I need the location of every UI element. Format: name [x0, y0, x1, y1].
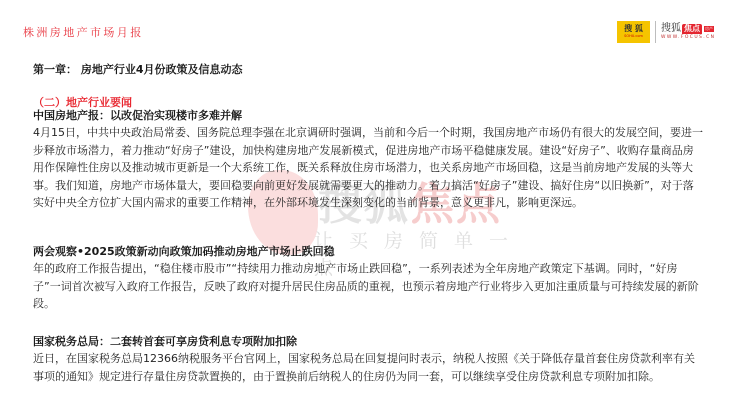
news-body: 4月15日，中共中央政治局常委、国务院总理李强在北京调研时强调，当前和今后一个时…: [33, 124, 703, 212]
report-page: 株洲房地产市场月报 搜 狐 SOHU.com 搜狐 焦点 房产 WWW.FOCU…: [0, 0, 740, 416]
chapter-heading: 第一章： 房地产行业4月份政策及信息动态: [33, 61, 242, 77]
news-title: 两会观察•2025政策新动向政策加码推动房地产市场止跌回稳: [33, 244, 703, 260]
focus-logo-sohu: 搜狐: [661, 24, 681, 34]
news-item: 两会观察•2025政策新动向政策加码推动房地产市场止跌回稳 年的政府工作报告提出…: [33, 244, 703, 313]
focus-logo-url: WWW.FOCUS.CN: [661, 36, 715, 41]
news-body: 年的政府工作报告提出，“稳住楼市股市”“持续用力推动房地产市场止跌回稳”，一系列…: [33, 260, 703, 313]
sohu-logo-text: 搜 狐: [624, 25, 643, 33]
news-item: 国家税务总局：二套转首套可享房贷利息专项附加扣除 近日，在国家税务总局12366…: [33, 334, 703, 385]
logo-divider: [655, 21, 656, 43]
focus-house-icon: 焦点: [682, 24, 702, 34]
report-title: 株洲房地产市场月报: [23, 24, 144, 40]
focus-logo: 搜狐 焦点 房产 WWW.FOCUS.CN: [661, 24, 715, 41]
sohu-logo-icon: 搜 狐 SOHU.com: [617, 21, 650, 43]
sohu-focus-logo: 搜 狐 SOHU.com 搜狐 焦点 房产 WWW.FOCUS.CN: [617, 20, 715, 44]
news-title: 国家税务总局：二套转首套可享房贷利息专项附加扣除: [33, 334, 703, 350]
news-item: 中国房地产报：以改促治实现楼市多难并解 4月15日，中共中央政治局常委、国务院总…: [33, 108, 703, 212]
news-title: 中国房地产报：以改促治实现楼市多难并解: [33, 108, 703, 124]
focus-logo-tag: 房产: [704, 26, 714, 32]
news-body: 近日，在国家税务总局12366纳税服务平台官网上，国家税务总局在回复提问时表示，…: [33, 350, 703, 385]
sohu-logo-sub: SOHU.com: [624, 35, 643, 39]
